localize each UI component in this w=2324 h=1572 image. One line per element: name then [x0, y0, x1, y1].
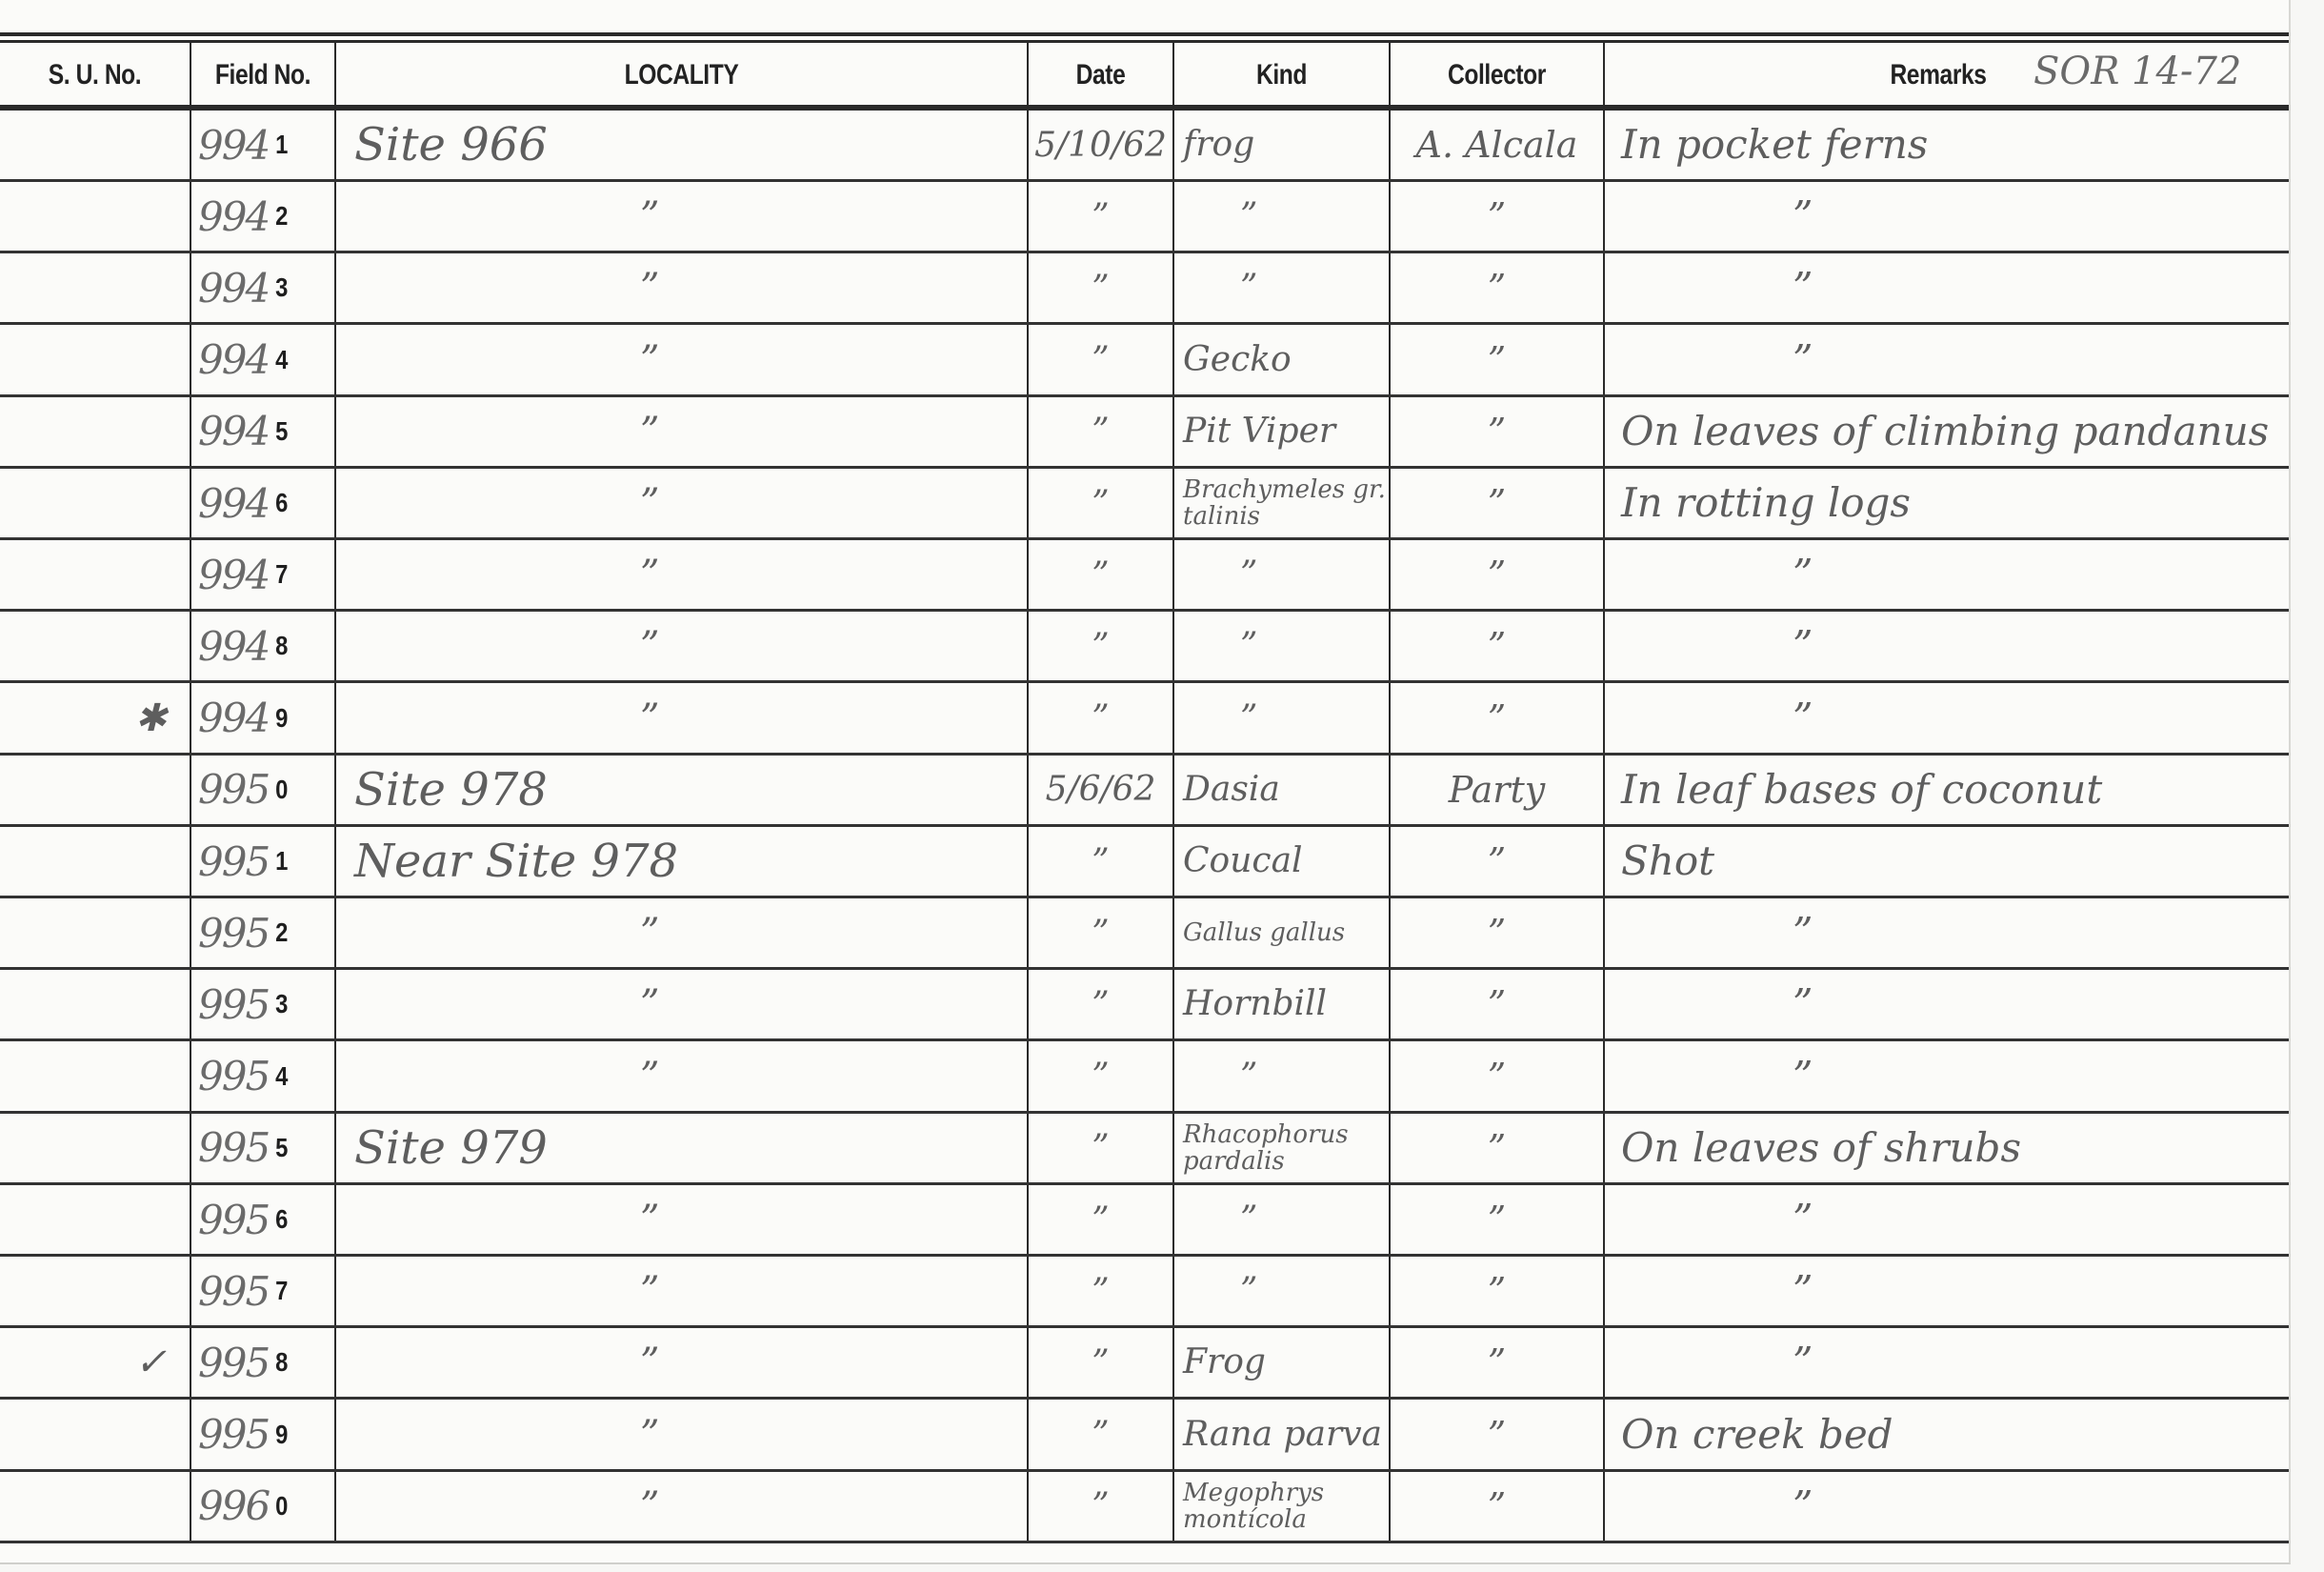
field-no-cell: 9953 [190, 970, 335, 1038]
field-no-handwritten: 995 [198, 1340, 269, 1386]
date-cell: ” [1028, 898, 1173, 967]
collector-cell: ” [1390, 1114, 1604, 1182]
locality-text: ” [640, 410, 659, 453]
field-no-cell: 9944 [190, 326, 335, 394]
field-no-handwritten: 994 [198, 552, 269, 598]
field-no-cell: 9949 [190, 684, 335, 753]
kind-cell: Coucal [1173, 827, 1390, 896]
field-no-printed-digit: 1 [275, 846, 288, 877]
field-no-cell: 9947 [190, 540, 335, 609]
collector-cell: ” [1390, 540, 1604, 609]
table-row: 9947””””” [0, 540, 2289, 612]
ledger-page: S. U. No. Field No. LOCALITY Date Kind C… [0, 0, 2291, 1564]
field-no-printed-digit: 7 [275, 1276, 288, 1306]
kind-text: Brachymeles gr. talinis [1183, 476, 1390, 530]
table-row: 9957””””” [0, 1257, 2289, 1328]
kind-text: Coucal [1183, 845, 1303, 877]
table-row: 9950Site 9785/6/62DasiaPartyIn leaf base… [0, 756, 2289, 827]
kind-cell: Megophrys montícola [1173, 1472, 1390, 1541]
su-no-cell [0, 1114, 190, 1182]
kind-text: ” [1240, 200, 1257, 232]
remarks-cell: ” [1604, 684, 2286, 753]
collector-cell: ” [1390, 1042, 1604, 1111]
field-no-handwritten: 994 [198, 695, 269, 741]
date-cell: 5/10/62 [1028, 111, 1173, 179]
catalog-annotation: SOR 14-72 [2033, 50, 2241, 93]
table-row: ✓9958””Frog”” [0, 1328, 2289, 1400]
table-row: 9955Site 979”Rhacophorus pardalis”On lea… [0, 1114, 2289, 1185]
date-cell: ” [1028, 970, 1173, 1038]
table-row: 9960””Megophrys montícola”” [0, 1472, 2289, 1543]
locality-text: ” [640, 481, 659, 525]
collector-cell: ” [1390, 182, 1604, 251]
kind-cell: Brachymeles gr. talinis [1173, 469, 1390, 537]
remarks-cell: ” [1604, 1472, 2286, 1541]
locality-text: ” [640, 982, 659, 1026]
su-no-cell [0, 1042, 190, 1111]
field-no-printed-digit: 2 [275, 917, 288, 948]
kind-text: ” [1240, 630, 1257, 662]
remarks-cell: In rotting logs [1604, 469, 2286, 537]
remarks-cell: ” [1604, 970, 2286, 1038]
field-no-cell: 9956 [190, 1185, 335, 1254]
field-no-cell: 9946 [190, 469, 335, 537]
remarks-cell: ” [1604, 898, 2286, 967]
su-no-cell [0, 827, 190, 896]
header-date: Date [1042, 46, 1160, 105]
locality-text: ” [640, 911, 659, 955]
date-cell: ” [1028, 1401, 1173, 1469]
collector-cell: ” [1390, 898, 1604, 967]
remarks-text: ” [1793, 987, 1813, 1021]
collector-cell: ” [1390, 1257, 1604, 1325]
field-no-cell: 9948 [190, 612, 335, 680]
date-cell: ” [1028, 540, 1173, 609]
field-no-handwritten: 995 [198, 838, 269, 885]
table-row: 9945””Pit Viper”On leaves of climbing pa… [0, 397, 2289, 469]
field-no-handwritten: 994 [198, 623, 269, 670]
field-no-cell: 9960 [190, 1472, 335, 1541]
field-no-cell: 9955 [190, 1114, 335, 1182]
kind-cell: Gallus gallus [1173, 898, 1390, 967]
remarks-cell: ” [1604, 1328, 2286, 1397]
locality-cell: Site 966 [335, 111, 1028, 179]
remarks-text: ” [1793, 343, 1813, 377]
table-row: 9941Site 9665/10/62frogA. AlcalaIn pocke… [0, 111, 2289, 182]
table-row: 9951Near Site 978”Coucal”Shot [0, 827, 2289, 898]
table-row: 9942””””” [0, 182, 2289, 253]
kind-text: Hornbill [1183, 988, 1327, 1020]
locality-text: ” [640, 624, 659, 668]
collector-cell: ” [1390, 397, 1604, 466]
table-row: 9954””””” [0, 1042, 2289, 1114]
collector-cell: ” [1390, 253, 1604, 322]
locality-text: ” [640, 1269, 659, 1313]
locality-cell: ” [335, 898, 1028, 967]
field-no-cell: 9941 [190, 111, 335, 179]
field-no-cell: 9954 [190, 1042, 335, 1111]
date-cell: ” [1028, 253, 1173, 322]
field-no-printed-digit: 9 [275, 703, 288, 734]
locality-text: ” [640, 553, 659, 596]
locality-cell: ” [335, 397, 1028, 466]
kind-cell: ” [1173, 253, 1390, 322]
remarks-cell: In leaf bases of coconut [1604, 756, 2286, 824]
table-row: 9953””Hornbill”” [0, 970, 2289, 1041]
collector-cell: Party [1390, 756, 1604, 824]
field-no-printed-digit: 4 [275, 345, 288, 375]
remarks-cell: Shot [1604, 827, 2286, 896]
table-row: 9948””””” [0, 612, 2289, 683]
field-no-printed-digit: 9 [275, 1420, 288, 1450]
locality-text: Site 978 [354, 763, 548, 816]
remarks-text: In leaf bases of coconut [1621, 773, 2102, 807]
remarks-text: ” [1793, 1274, 1813, 1308]
kind-cell: Frog [1173, 1328, 1390, 1397]
remarks-text: Shot [1621, 844, 1714, 878]
field-no-handwritten: 995 [198, 1053, 269, 1099]
locality-cell: ” [335, 1472, 1028, 1541]
kind-cell: ” [1173, 612, 1390, 680]
remarks-text: ” [1793, 271, 1813, 305]
header-locality: LOCALITY [398, 46, 965, 105]
su-no-cell: ✱ [0, 684, 190, 753]
date-cell: ” [1028, 1257, 1173, 1325]
date-cell: ” [1028, 1185, 1173, 1254]
remarks-cell: On leaves of climbing pandanus [1604, 397, 2286, 466]
collector-cell: ” [1390, 469, 1604, 537]
field-no-cell: 9942 [190, 182, 335, 251]
remarks-cell: In pocket ferns [1604, 111, 2286, 179]
kind-cell: ” [1173, 182, 1390, 251]
remarks-cell: ” [1604, 1257, 2286, 1325]
remarks-text: ” [1793, 199, 1813, 233]
field-no-cell: 9951 [190, 827, 335, 896]
remarks-text: ” [1793, 701, 1813, 736]
table-row: ✱9949””””” [0, 684, 2289, 756]
field-no-cell: 9958 [190, 1328, 335, 1397]
locality-cell: ” [335, 326, 1028, 394]
su-no-cell [0, 326, 190, 394]
field-no-printed-digit: 8 [275, 631, 288, 661]
su-no-cell [0, 1185, 190, 1254]
remarks-cell: On leaves of shrubs [1604, 1114, 2286, 1182]
date-cell: ” [1028, 397, 1173, 466]
field-no-handwritten: 996 [198, 1482, 269, 1529]
locality-cell: ” [335, 612, 1028, 680]
locality-text: Site 966 [354, 118, 548, 171]
locality-cell: ” [335, 182, 1028, 251]
date-cell: ” [1028, 1042, 1173, 1111]
header-collector: Collector [1410, 46, 1584, 105]
su-no-cell [0, 1472, 190, 1541]
date-cell: ” [1028, 1114, 1173, 1182]
field-no-printed-digit: 6 [275, 1204, 288, 1235]
remarks-text: ” [1793, 1059, 1813, 1094]
kind-cell: Gecko [1173, 326, 1390, 394]
header-top-rule [0, 32, 2289, 36]
kind-text: Rhacophorus pardalis [1183, 1121, 1390, 1175]
remarks-cell: ” [1604, 612, 2286, 680]
su-no-cell [0, 612, 190, 680]
remarks-text: ” [1793, 1345, 1813, 1380]
field-no-printed-digit: 2 [275, 201, 288, 232]
kind-cell: Hornbill [1173, 970, 1390, 1038]
kind-text: Megophrys montícola [1183, 1480, 1390, 1533]
field-no-cell: 9943 [190, 253, 335, 322]
locality-text: ” [640, 1484, 659, 1528]
field-no-printed-digit: 5 [275, 416, 288, 447]
su-no-cell [0, 1257, 190, 1325]
header-field-no: Field No. [205, 46, 322, 105]
locality-cell: Site 978 [335, 756, 1028, 824]
field-no-printed-digit: 6 [275, 488, 288, 518]
su-no-cell [0, 397, 190, 466]
collector-cell: ” [1390, 827, 1604, 896]
collector-cell: ” [1390, 612, 1604, 680]
locality-cell: Site 979 [335, 1114, 1028, 1182]
kind-cell: ” [1173, 540, 1390, 609]
kind-text: Dasia [1183, 774, 1280, 806]
locality-text: ” [640, 1055, 659, 1098]
locality-text: Site 979 [354, 1121, 548, 1175]
field-no-printed-digit: 3 [275, 989, 288, 1019]
table-row: 9944””Gecko”” [0, 326, 2289, 397]
field-no-printed-digit: 1 [275, 130, 288, 160]
su-no-cell [0, 898, 190, 967]
remarks-text: ” [1793, 916, 1813, 950]
field-no-handwritten: 994 [198, 122, 269, 169]
field-no-printed-digit: 5 [275, 1133, 288, 1163]
remarks-cell: ” [1604, 326, 2286, 394]
field-no-cell: 9950 [190, 756, 335, 824]
locality-cell: ” [335, 253, 1028, 322]
su-no-cell [0, 756, 190, 824]
kind-cell: Rhacophorus pardalis [1173, 1114, 1390, 1182]
locality-text: ” [640, 194, 659, 238]
field-no-handwritten: 994 [198, 408, 269, 454]
locality-cell: ” [335, 1185, 1028, 1254]
field-no-handwritten: 995 [198, 1268, 269, 1315]
locality-text: ” [640, 1340, 659, 1384]
kind-text: ” [1240, 558, 1257, 591]
kind-text: Frog [1183, 1346, 1266, 1379]
collector-cell: A. Alcala [1390, 111, 1604, 179]
field-no-handwritten: 995 [198, 910, 269, 957]
locality-text: ” [640, 266, 659, 310]
row-rule [0, 1541, 2289, 1543]
su-no-cell [0, 469, 190, 537]
locality-text: ” [640, 1413, 659, 1457]
remarks-cell: ” [1604, 540, 2286, 609]
kind-text: ” [1240, 1275, 1257, 1307]
kind-cell: ” [1173, 684, 1390, 753]
field-no-handwritten: 994 [198, 265, 269, 312]
remarks-cell: On creek bed [1604, 1401, 2286, 1469]
remarks-text: In pocket ferns [1621, 128, 1928, 162]
field-no-printed-digit: 8 [275, 1347, 288, 1378]
locality-cell: ” [335, 1257, 1028, 1325]
remarks-text: In rotting logs [1621, 486, 1911, 520]
locality-cell: ” [335, 1042, 1028, 1111]
field-no-printed-digit: 0 [275, 775, 288, 805]
locality-cell: ” [335, 1401, 1028, 1469]
collector-cell: ” [1390, 1328, 1604, 1397]
kind-text: frog [1183, 129, 1254, 161]
remarks-cell: ” [1604, 182, 2286, 251]
su-no-cell: ✓ [0, 1328, 190, 1397]
field-no-cell: 9957 [190, 1257, 335, 1325]
field-no-handwritten: 995 [198, 1197, 269, 1243]
kind-cell: ” [1173, 1257, 1390, 1325]
field-no-cell: 9959 [190, 1401, 335, 1469]
locality-cell: ” [335, 1328, 1028, 1397]
remarks-cell: ” [1604, 1185, 2286, 1254]
date-cell: ” [1028, 182, 1173, 251]
su-no-cell [0, 540, 190, 609]
field-no-printed-digit: 0 [275, 1491, 288, 1522]
kind-text: Gallus gallus [1183, 919, 1345, 946]
collector-cell: ” [1390, 1401, 1604, 1469]
field-no-printed-digit: 3 [275, 272, 288, 303]
field-no-handwritten: 994 [198, 336, 269, 383]
field-no-handwritten: 994 [198, 193, 269, 240]
remarks-cell: ” [1604, 253, 2286, 322]
kind-text: Pit Viper [1183, 415, 1335, 448]
field-no-printed-digit: 7 [275, 559, 288, 590]
collector-cell: ” [1390, 1472, 1604, 1541]
su-no-cell [0, 1401, 190, 1469]
date-cell: ” [1028, 1472, 1173, 1541]
table-row: 9946””Brachymeles gr. talinis”In rotting… [0, 469, 2289, 540]
date-cell: ” [1028, 469, 1173, 537]
su-no-cell [0, 182, 190, 251]
kind-cell: Pit Viper [1173, 397, 1390, 466]
field-no-handwritten: 995 [198, 1124, 269, 1171]
collector-cell: ” [1390, 970, 1604, 1038]
kind-text: Rana parva [1183, 1419, 1382, 1451]
kind-text: ” [1240, 702, 1257, 735]
locality-text: Near Site 978 [354, 835, 678, 888]
date-cell: ” [1028, 1328, 1173, 1397]
kind-cell: ” [1173, 1185, 1390, 1254]
field-no-cell: 9945 [190, 397, 335, 466]
date-cell: 5/6/62 [1028, 756, 1173, 824]
table-row: 9959””Rana parva”On creek bed [0, 1401, 2289, 1472]
collector-cell: ” [1390, 1185, 1604, 1254]
date-cell: ” [1028, 684, 1173, 753]
field-no-handwritten: 995 [198, 1411, 269, 1458]
field-no-handwritten: 995 [198, 981, 269, 1028]
remarks-text: On leaves of climbing pandanus [1621, 414, 2269, 449]
table-row: 9952””Gallus gallus”” [0, 898, 2289, 970]
remarks-text: On leaves of shrubs [1621, 1131, 2021, 1165]
su-no-cell [0, 253, 190, 322]
field-no-handwritten: 994 [198, 480, 269, 527]
su-no-cell [0, 970, 190, 1038]
collector-cell: ” [1390, 684, 1604, 753]
locality-text: ” [640, 338, 659, 382]
date-cell: ” [1028, 326, 1173, 394]
kind-cell: ” [1173, 1042, 1390, 1111]
kind-cell: Dasia [1173, 756, 1390, 824]
header-su-no: S. U. No. [17, 46, 172, 105]
table-row: 9943””””” [0, 253, 2289, 325]
su-no-cell [0, 111, 190, 179]
remarks-text: On creek bed [1621, 1418, 1893, 1452]
remarks-text: ” [1793, 1202, 1813, 1237]
header-top-rule-inner [0, 40, 2289, 43]
kind-text: ” [1240, 272, 1257, 304]
locality-cell: ” [335, 540, 1028, 609]
remarks-cell: ” [1604, 1042, 2286, 1111]
locality-cell: ” [335, 970, 1028, 1038]
date-cell: ” [1028, 827, 1173, 896]
field-no-cell: 9952 [190, 898, 335, 967]
remarks-text: ” [1793, 557, 1813, 592]
date-cell: ” [1028, 612, 1173, 680]
collector-cell: ” [1390, 326, 1604, 394]
locality-cell: Near Site 978 [335, 827, 1028, 896]
kind-cell: frog [1173, 111, 1390, 179]
kind-text: ” [1240, 1060, 1257, 1093]
kind-cell: Rana parva [1173, 1401, 1390, 1469]
remarks-text: ” [1793, 629, 1813, 663]
field-no-printed-digit: 4 [275, 1061, 288, 1092]
table-row: 9956””””” [0, 1185, 2289, 1257]
locality-text: ” [640, 1198, 659, 1241]
locality-cell: ” [335, 684, 1028, 753]
locality-cell: ” [335, 469, 1028, 537]
kind-text: Gecko [1183, 344, 1292, 376]
field-no-handwritten: 995 [198, 766, 269, 813]
remarks-text: ” [1793, 1489, 1813, 1523]
locality-text: ” [640, 696, 659, 740]
header-kind: Kind [1193, 46, 1370, 105]
kind-text: ” [1240, 1203, 1257, 1236]
